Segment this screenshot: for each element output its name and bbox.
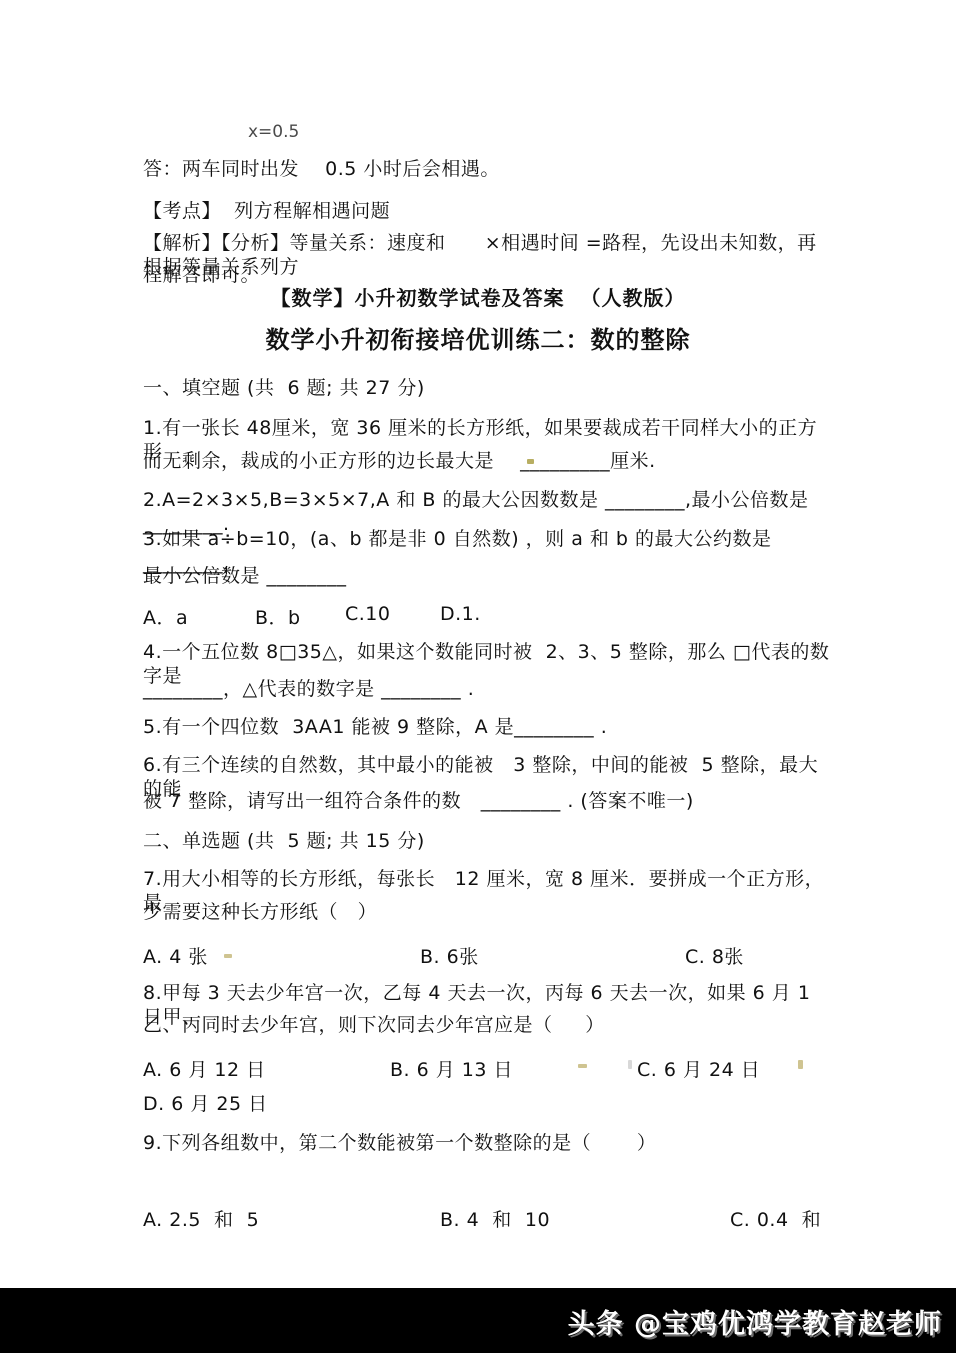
q9-option-a: A. 2.5 和 5 <box>143 1205 259 1232</box>
q6-line2: 被 7 整除，请写出一组符合条件的数 ________ . (答案不唯一) <box>143 790 833 814</box>
q3-options-row: A．a B．b C.10 D.1. <box>143 603 843 633</box>
section2-heading: 二、单选题 (共 5 题; 共 15 分) <box>143 830 833 854</box>
q3-option-c: C.10 <box>345 603 390 625</box>
solution-analysis-line2: 程解答即可。 <box>143 264 833 288</box>
watermark-text: 头条 @宝鸡优鸿学教育赵老师 <box>568 1302 942 1341</box>
q8-option-a: A. 6 月 12 日 <box>143 1055 266 1082</box>
q1-line2: 而无剩余，裁成的小正方形的边长最大是 _________厘米. <box>143 450 833 474</box>
q4-line2: ________，△代表的数字是 ________ . <box>143 678 833 702</box>
q3-option-a: A．a <box>143 603 188 630</box>
q8-options-row: A. 6 月 12 日 B. 6 月 13 日 C. 6 月 24 日 <box>143 1055 843 1085</box>
q8-option-b: B. 6 月 13 日 <box>390 1055 513 1082</box>
solution-equation: x=0.5 <box>248 122 938 143</box>
q3-option-b: B．b <box>255 603 301 630</box>
q9-option-c: C. 0.4 和 <box>730 1205 821 1232</box>
section1-heading: 一、填空题 (共 6 题; 共 27 分) <box>143 377 833 401</box>
q9-option-b: B. 4 和 10 <box>440 1205 550 1232</box>
scan-artifact-dot <box>578 1064 587 1068</box>
q9-options-row: A. 2.5 和 5 B. 4 和 10 C. 0.4 和 <box>143 1205 843 1235</box>
paper-title: 【数学】小升初数学试卷及答案 （人教版） <box>0 286 956 311</box>
scan-artifact-mark <box>628 1060 632 1069</box>
q7-line2: 少需要这种长方形纸（ ） <box>143 901 833 925</box>
q7-options-row: A. 4 张 B. 6张 C. 8张 <box>143 942 843 972</box>
scan-artifact-dot <box>527 459 534 464</box>
q8-line2: 乙、丙同时去少年宫，则下次同去少年宫应是（ ） <box>143 1014 833 1038</box>
scan-artifact-mark <box>798 1060 803 1069</box>
q7-option-c: C. 8张 <box>685 942 744 969</box>
q9-line1: 9.下列各组数中，第二个数能被第一个数整除的是（ ） <box>143 1132 833 1156</box>
q3-line2: 最小公倍数是 ________ <box>143 565 833 589</box>
document-page: x=0.5 答：两车同时出发 0.5 小时后会相遇。 【考点】 列方程解相遇问题… <box>0 0 956 1353</box>
q8-option-d: D. 6 月 25 日 <box>143 1093 833 1117</box>
scan-artifact-dot <box>224 954 232 958</box>
q7-option-a: A. 4 张 <box>143 942 208 969</box>
solution-key-point: 【考点】 列方程解相遇问题 <box>143 200 833 224</box>
watermark-bar: 头条 @宝鸡优鸿学教育赵老师 <box>0 1288 956 1353</box>
q3-option-d: D.1. <box>440 603 481 625</box>
q7-option-b: B. 6张 <box>420 942 479 969</box>
paper-subtitle: 数学小升初衔接培优训练二：数的整除 <box>0 325 956 355</box>
solution-answer: 答：两车同时出发 0.5 小时后会相遇。 <box>143 158 833 182</box>
q8-option-c: C. 6 月 24 日 <box>637 1055 760 1082</box>
q5-line1: 5.有一个四位数 3AA1 能被 9 整除，A 是________ . <box>143 716 833 740</box>
